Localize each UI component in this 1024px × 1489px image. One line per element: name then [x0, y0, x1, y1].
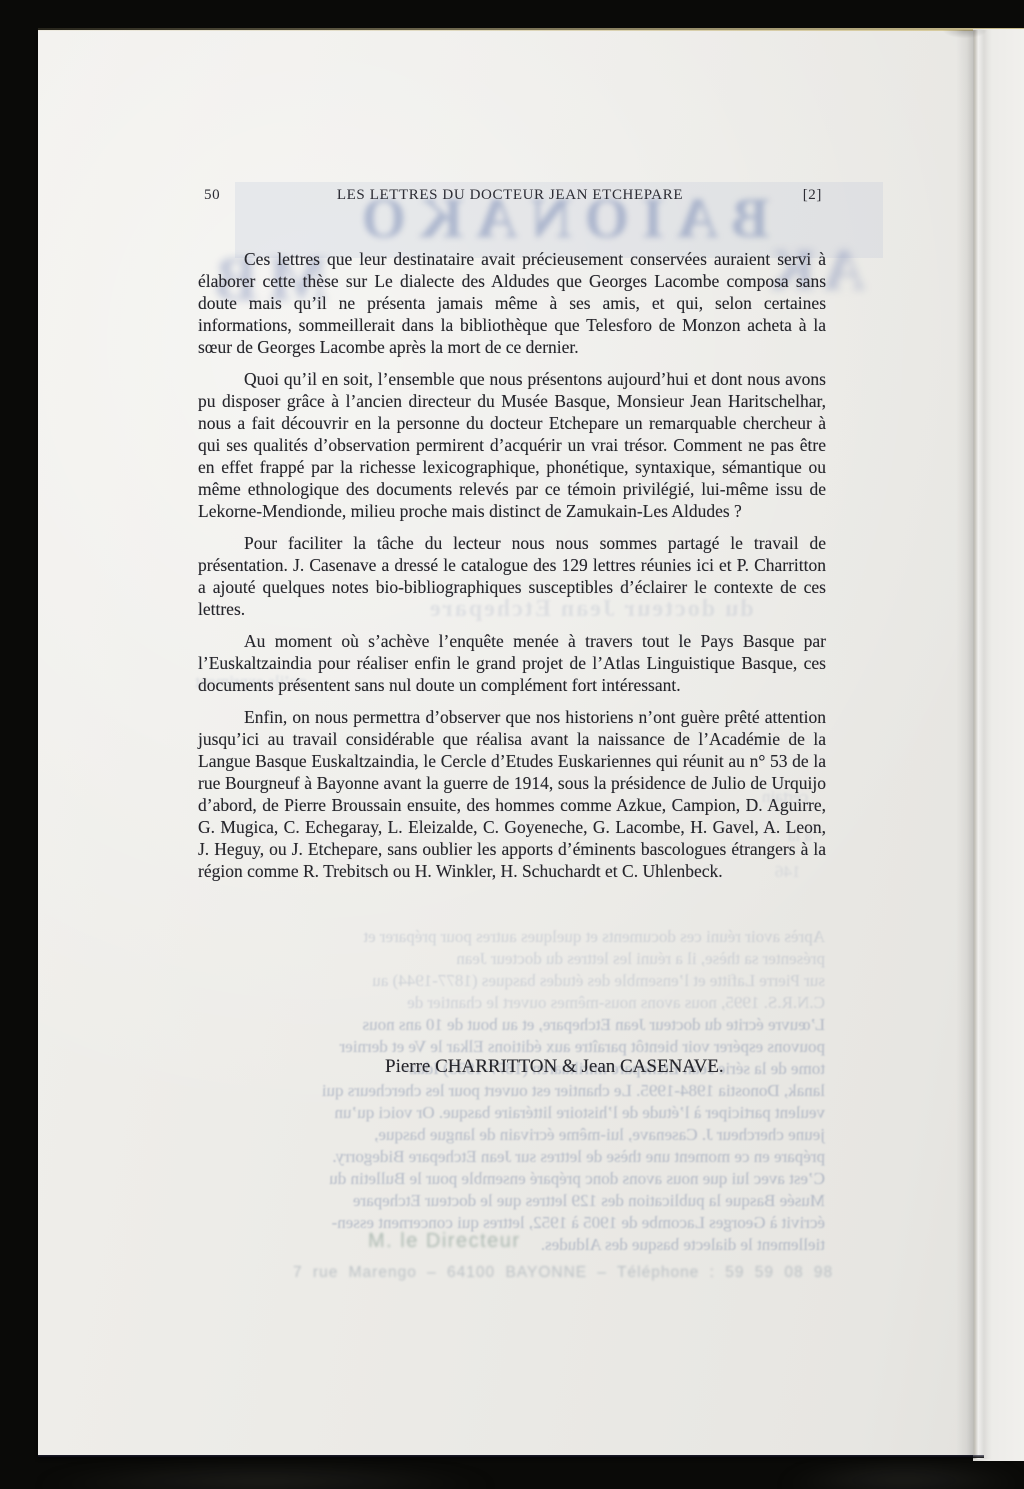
backdrop-streak — [40, 1455, 600, 1489]
page-number: 50 — [204, 187, 220, 204]
bleed-line: présenter sa thèse, il a réuni les lettr… — [195, 948, 825, 970]
bleed-line: veulent participer à l’étude de l’histoi… — [195, 1102, 825, 1124]
bleed-line: C.N.R.S. 1995, nous avons nous-mêmes ouv… — [195, 992, 825, 1014]
bleed-through-text-block: Après avoir réuni ces documents et quelq… — [195, 926, 825, 1256]
reference-marker: [2] — [803, 187, 822, 204]
ghost-showthrough-address: 7 rue Marengo – 64100 BAYONNE – Téléphon… — [293, 1264, 833, 1282]
bleed-line: C’est avec lui que nous avons donc prépa… — [195, 1168, 825, 1190]
bleed-line: pouvons espérer voir bientôt paraître au… — [195, 1036, 825, 1058]
article-paragraph: Quoi qu’il en soit, l’ensemble que nous … — [198, 368, 826, 522]
bleed-line: L’œuvre écrite du docteur Jean Etchepare… — [195, 1014, 825, 1036]
page-top-notch — [938, 30, 992, 42]
ghost-showthrough-director: M. le Directeur — [368, 1230, 521, 1253]
article-paragraph: Pour faciliter la tâche du lecteur nous … — [198, 532, 826, 620]
bleed-line: prépare en ce moment une thèse de lettre… — [195, 1146, 825, 1168]
bleed-line: Après avoir réuni ces documents et quelq… — [195, 926, 825, 948]
page-fold-crease — [956, 30, 992, 1459]
article-paragraph: Au moment où s’achève l’enquête menée à … — [198, 630, 826, 696]
author-signature: Pierre CHARRITTON & Jean CASENAVE. — [385, 1056, 724, 1078]
bleed-line: Musée Basque la publication des 129 lett… — [195, 1190, 825, 1212]
bleed-line: jeune chercheur J. Casenave, lui-même éc… — [195, 1124, 825, 1146]
running-header: 50 LES LETTRES DU DOCTEUR JEAN ETCHEPARE… — [198, 187, 822, 209]
bleed-line: sur Pierre Lafitte et l’ensemble des étu… — [195, 970, 825, 992]
article-paragraph: Ces lettres que leur destinataire avait … — [198, 248, 826, 358]
book-page: BAIONAKO MB AK Après avoir réuni ces doc… — [38, 30, 1024, 1455]
article-paragraph: Enfin, on nous permettra d’observer que … — [198, 706, 826, 882]
bleed-line: lanak, Donostia 1984-1995. Le chantier e… — [195, 1080, 825, 1102]
article-body: Ces lettres que leur destinataire avait … — [198, 248, 826, 892]
running-title: LES LETTRES DU DOCTEUR JEAN ETCHEPARE — [198, 187, 822, 204]
